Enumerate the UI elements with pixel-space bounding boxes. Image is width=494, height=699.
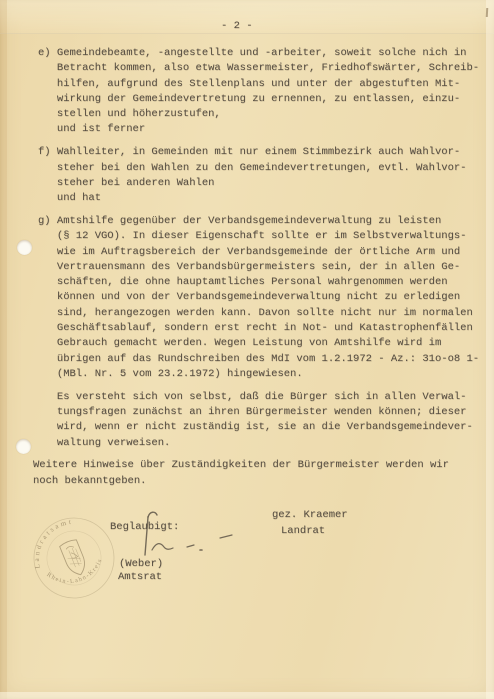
signed-by: gez. Kraemer	[272, 508, 348, 524]
text-line: wird, wenn er nicht zuständig ist, sie a…	[38, 420, 479, 435]
official-round-stamp-icon: Landratsamt Rhein-Lahn-Kreis	[28, 512, 120, 604]
punch-hole-bottom	[16, 439, 31, 454]
text-line: wie im Auftragsbereich der Verbandsgemei…	[38, 245, 479, 260]
text-line: tungsfragen zunächst an ihren Bürgermeis…	[38, 405, 479, 420]
text-line: stellen und höherzustufen,	[38, 107, 479, 122]
text-line: Betracht kommen, also etwa Wassermeister…	[38, 61, 479, 76]
paragraph-g: g) Amtshilfe gegenüber der Verbandsgemei…	[38, 214, 479, 382]
signer-title: Landrat	[272, 524, 348, 540]
text-line: waltung verweisen.	[38, 436, 479, 451]
scan-edge-right	[486, 0, 494, 699]
page-number: - 2 -	[221, 20, 253, 32]
text-line: übrigen auf das Rundschreiben des MdI vo…	[38, 352, 479, 367]
signature-block: gez. Kraemer Landrat	[272, 508, 348, 539]
text-line: g) Amtshilfe gegenüber der Verbandsgemei…	[38, 214, 479, 229]
text-line: Gebrauch gemacht werden. Wegen Leistung …	[38, 336, 479, 351]
text-line: hilfen, aufgrund des Stellenplans und un…	[38, 77, 479, 92]
text-line: sind, herangezogen werden kann. Davon so…	[38, 306, 479, 321]
text-line: steher bei anderen Wahlen	[38, 176, 479, 191]
text-line: Geschäftsablauf, sondern erst recht in N…	[38, 321, 479, 336]
paragraph-closing: Es versteht sich von selbst, daß die Bür…	[38, 390, 479, 451]
text-line: (MBl. Nr. 5 vom 23.2.1972) hingewiesen.	[38, 367, 479, 382]
scanned-document-page: - 2 - e) Gemeindebeamte, -angestellte un…	[0, 0, 494, 699]
text-line: noch bekanntgeben.	[33, 474, 479, 489]
paragraph-f: f) Wahlleiter, in Gemeinden mit nur eine…	[38, 145, 479, 206]
text-line: f) Wahlleiter, in Gemeinden mit nur eine…	[38, 145, 479, 160]
text-line: und ist ferner	[38, 122, 479, 137]
text-line: können und von der Verbandsgemeindeverwa…	[38, 290, 479, 305]
text-line: steher bei den Wahlen zu den Gemeindever…	[38, 161, 479, 176]
handwritten-signature	[130, 505, 250, 565]
scan-edge-bottom	[0, 692, 494, 699]
text-line: und hat	[38, 191, 479, 206]
paragraph-notice: Weitere Hinweise über Zuständigkeiten de…	[33, 458, 479, 489]
text-line: Vertrauensmann des Verbandsbürgermeister…	[38, 260, 479, 275]
text-line: e) Gemeindebeamte, -angestellte und -arb…	[38, 46, 479, 61]
scan-edge-left	[0, 0, 7, 699]
document-body: e) Gemeindebeamte, -angestellte und -arb…	[38, 46, 479, 497]
stamp-coat-of-arms	[59, 538, 89, 578]
paragraph-e: e) Gemeindebeamte, -angestellte und -arb…	[38, 46, 479, 138]
text-line: Weitere Hinweise über Zuständigkeiten de…	[33, 458, 479, 473]
text-line: Es versteht sich von selbst, daß die Bür…	[38, 390, 479, 405]
certifier-role: Amtsrat	[118, 571, 162, 583]
text-line: wirkung der Gemeindevertretung zu ernenn…	[38, 92, 479, 107]
punch-hole-top	[17, 240, 32, 255]
text-line: schäften, die ohne hauptamtliches Person…	[38, 275, 479, 290]
text-line: (§ 12 VGO). In dieser Eigenschaft sollte…	[38, 229, 479, 244]
